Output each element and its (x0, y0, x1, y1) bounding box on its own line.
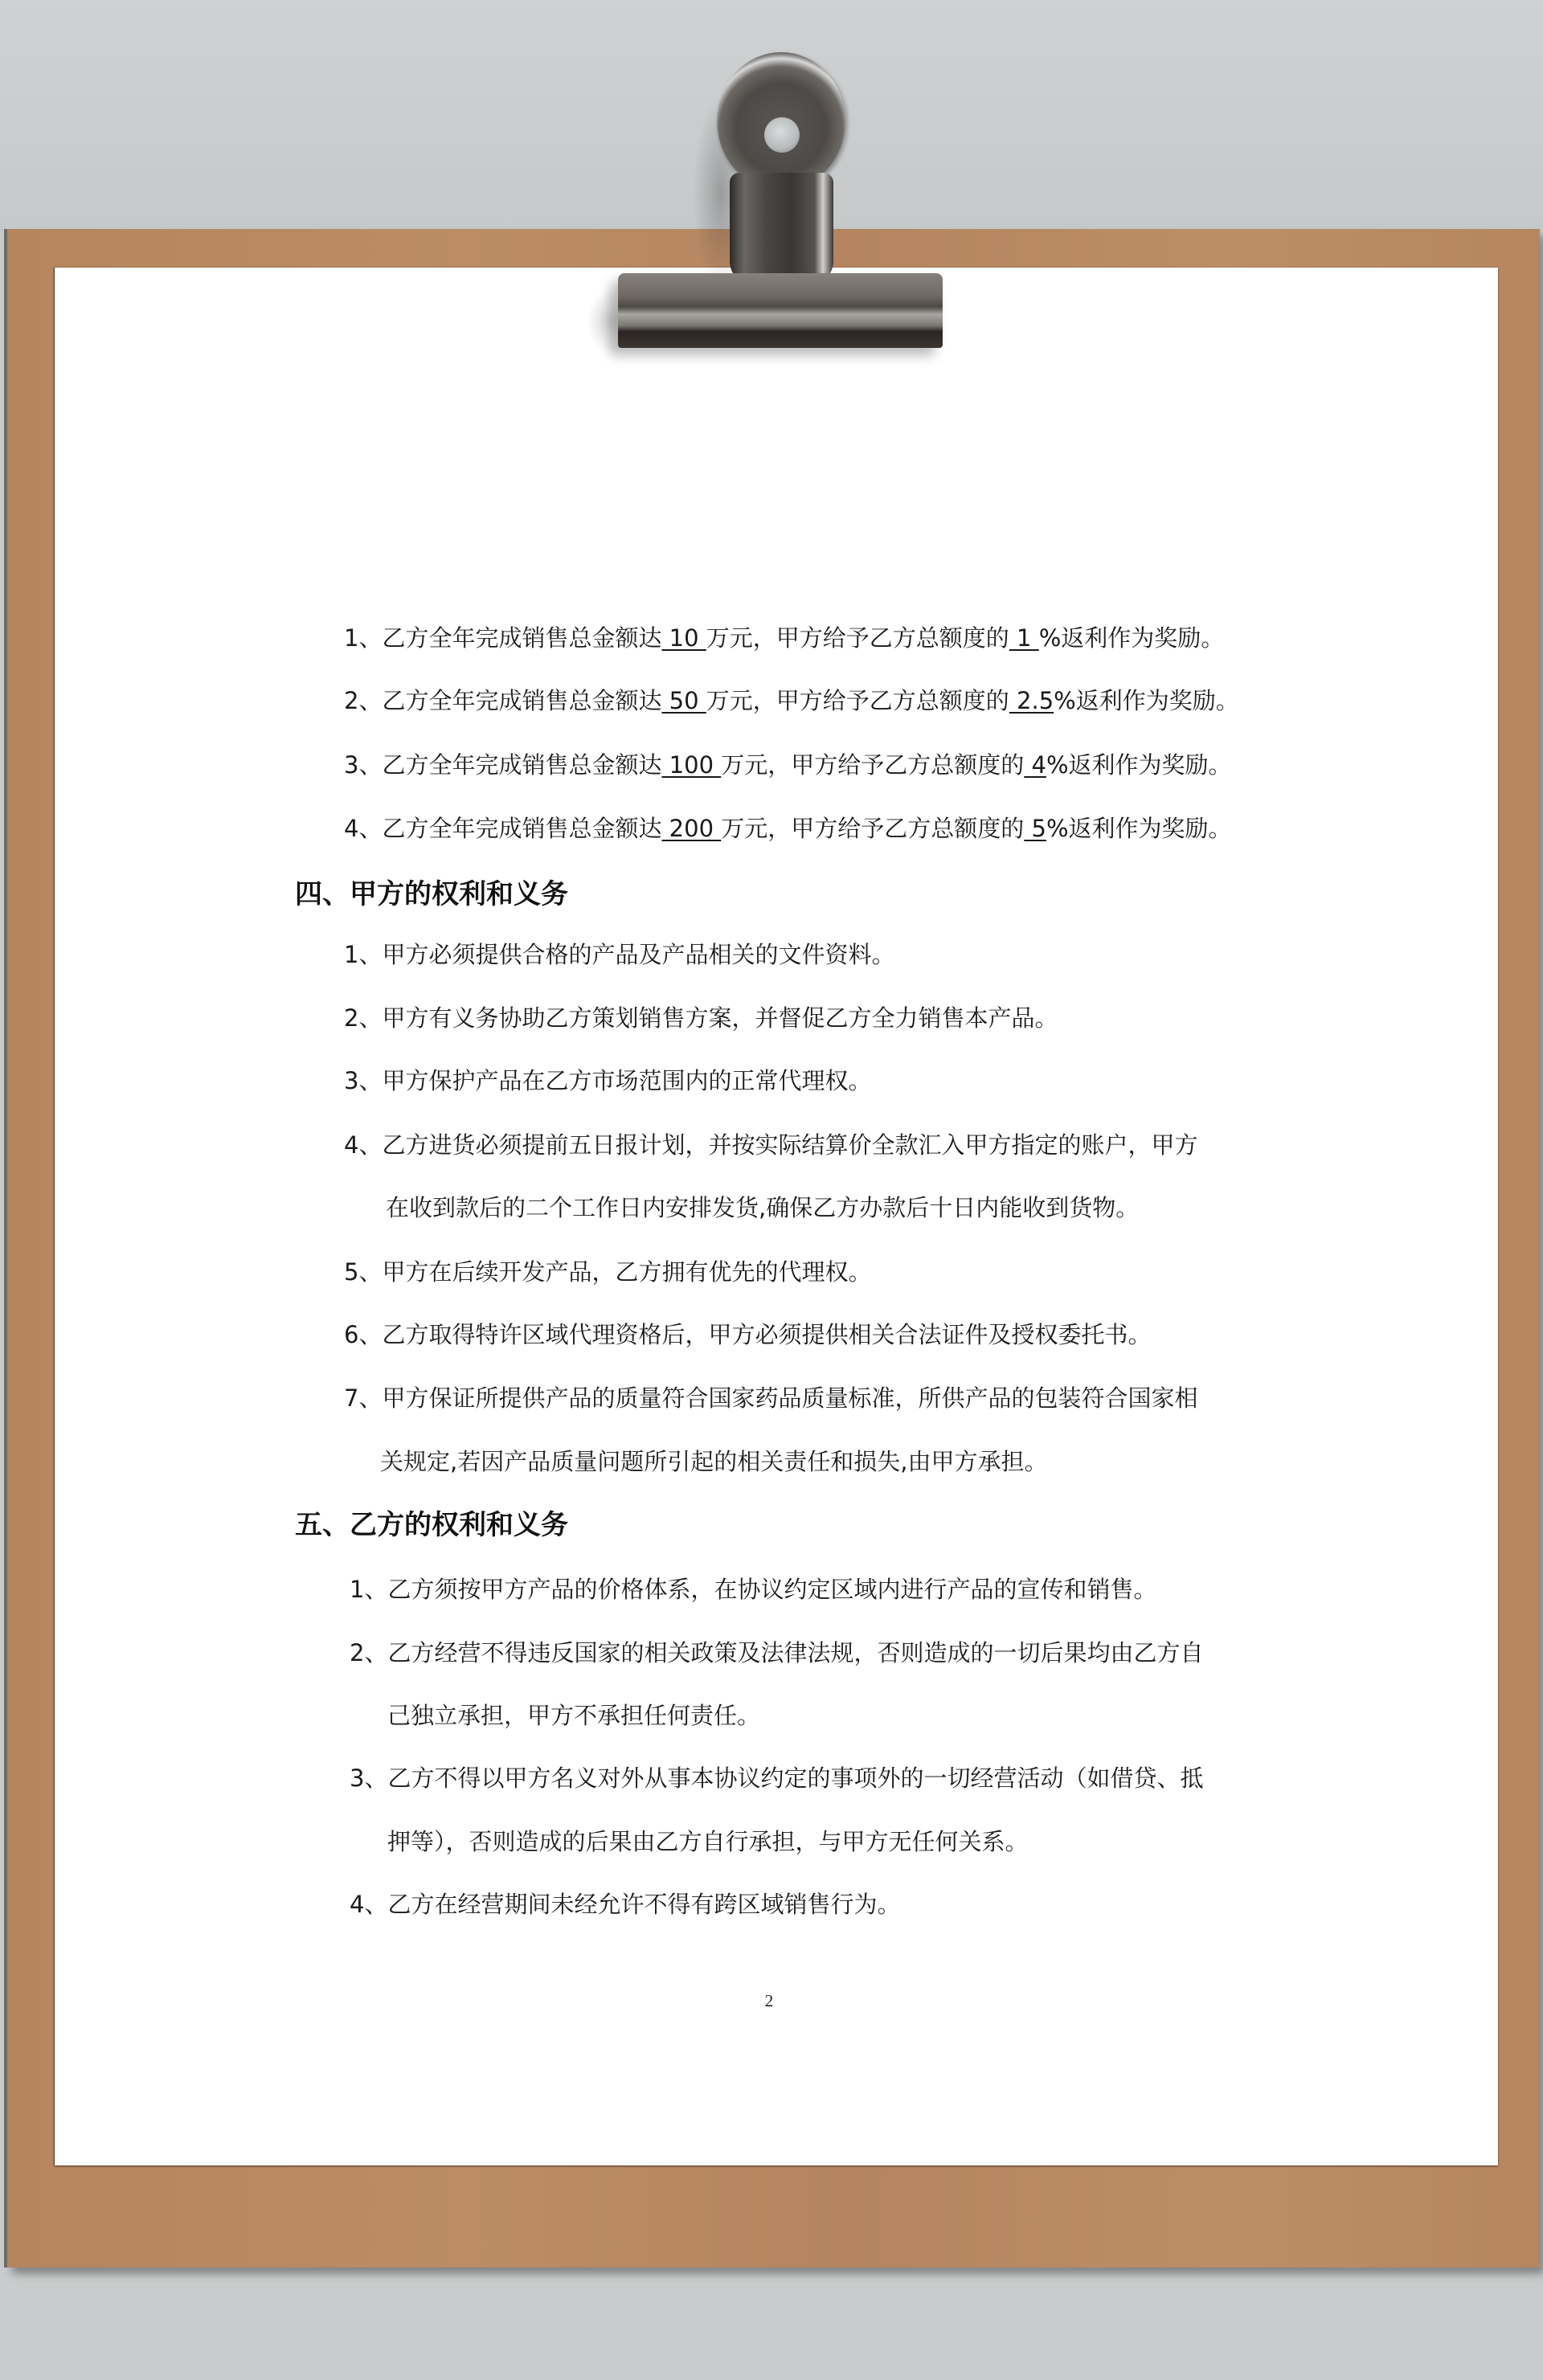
party-a-clause-7: 7、甲方保证所提供产品的质量符合国家药品质量标准，所供产品的包装符合国家相 (344, 1382, 1197, 1414)
page-number: 2 (761, 1989, 777, 2012)
party-b-clause-3-continued: 押等），否则造成的后果由乙方自行承担，与甲方无任何关系。 (387, 1826, 1029, 1858)
section-heading-party-a: 四、甲方的权利和义务 (295, 877, 568, 912)
clip-stem (730, 173, 833, 285)
sales-amount: 10 (661, 624, 706, 652)
bulldog-clip-jaw-icon (618, 273, 943, 348)
party-b-clause-4: 4、乙方在经营期间未经允许不得有跨区域销售行为。 (350, 1888, 900, 1920)
clause-prefix: 3、乙方全年完成销售总金额达 (344, 751, 661, 779)
clause-prefix: 4、乙方全年完成销售总金额达 (344, 815, 661, 842)
rebate-clause-2: 2、乙方全年完成销售总金额达 50 万元，甲方给予乙方总额度的 2.5%返利作为… (344, 685, 1239, 717)
rebate-rate: 2.5 (1009, 687, 1054, 714)
rebate-clause-4: 4、乙方全年完成销售总金额达 200 万元，甲方给予乙方总额度的 5%返利作为奖… (344, 812, 1232, 844)
clause-suffix: %返利作为奖励。 (1046, 751, 1232, 779)
clause-prefix: 1、乙方全年完成销售总金额达 (344, 624, 661, 652)
sales-amount: 50 (661, 687, 706, 714)
clause-suffix: %返利作为奖励。 (1046, 815, 1232, 842)
party-a-clause-1: 1、甲方必须提供合格的产品及产品相关的文件资料。 (344, 939, 894, 971)
party-a-clause-2: 2、甲方有义务协助乙方策划销售方案，并督促乙方全力销售本产品。 (344, 1002, 1058, 1034)
clip-hole (764, 117, 800, 153)
party-b-clause-2-continued: 己独立承担，甲方不承担任何责任。 (387, 1699, 760, 1732)
rebate-rate: 1 (1009, 624, 1039, 652)
party-b-clause-2: 2、乙方经营不得违反国家的相关政策及法律法规，否则造成的一切后果均由乙方自 (350, 1637, 1203, 1669)
rebate-clause-3: 3、乙方全年完成销售总金额达 100 万元，甲方给予乙方总额度的 4%返利作为奖… (344, 749, 1232, 781)
clause-mid: 万元，甲方给予乙方总额度的 (721, 815, 1024, 842)
clause-mid: 万元，甲方给予乙方总额度的 (721, 751, 1024, 779)
party-a-clause-4: 4、乙方进货必须提前五日报计划，并按实际结算价全款汇入甲方指定的账户，甲方 (344, 1129, 1197, 1161)
clause-suffix: %返利作为奖励。 (1039, 624, 1225, 652)
party-a-clause-4-continued: 在收到款后的二个工作日内安排发货,确保乙方办款后十日内能收到货物。 (386, 1192, 1139, 1224)
rebate-rate: 5 (1024, 815, 1046, 842)
party-a-clause-3: 3、甲方保护产品在乙方市场范围内的正常代理权。 (344, 1065, 871, 1097)
party-b-clause-3: 3、乙方不得以甲方名义对外从事本协议约定的事项外的一切经营活动（如借贷、抵 (350, 1762, 1203, 1794)
rebate-clause-1: 1、乙方全年完成销售总金额达 10 万元，甲方给予乙方总额度的 1 %返利作为奖… (344, 622, 1224, 654)
clause-suffix: %返利作为奖励。 (1054, 687, 1239, 714)
clause-mid: 万元，甲方给予乙方总额度的 (706, 624, 1009, 652)
sales-amount: 100 (661, 751, 721, 779)
party-a-clause-6: 6、乙方取得特许区域代理资格后，甲方必须提供相关合法证件及授权委托书。 (344, 1319, 1151, 1351)
party-a-clause-7-continued: 关规定,若因产品质量问题所引起的相关责任和损失,由甲方承担。 (380, 1446, 1047, 1478)
party-b-clause-1: 1、乙方须按甲方产品的价格体系，在协议约定区域内进行产品的宣传和销售。 (350, 1573, 1156, 1605)
sales-amount: 200 (661, 815, 721, 842)
clause-mid: 万元，甲方给予乙方总额度的 (706, 687, 1009, 714)
clause-prefix: 2、乙方全年完成销售总金额达 (344, 687, 661, 714)
party-a-clause-5: 5、甲方在后续开发产品，乙方拥有优先的代理权。 (344, 1256, 871, 1288)
section-heading-party-b: 五、乙方的权利和义务 (295, 1507, 568, 1543)
rebate-rate: 4 (1024, 751, 1046, 779)
